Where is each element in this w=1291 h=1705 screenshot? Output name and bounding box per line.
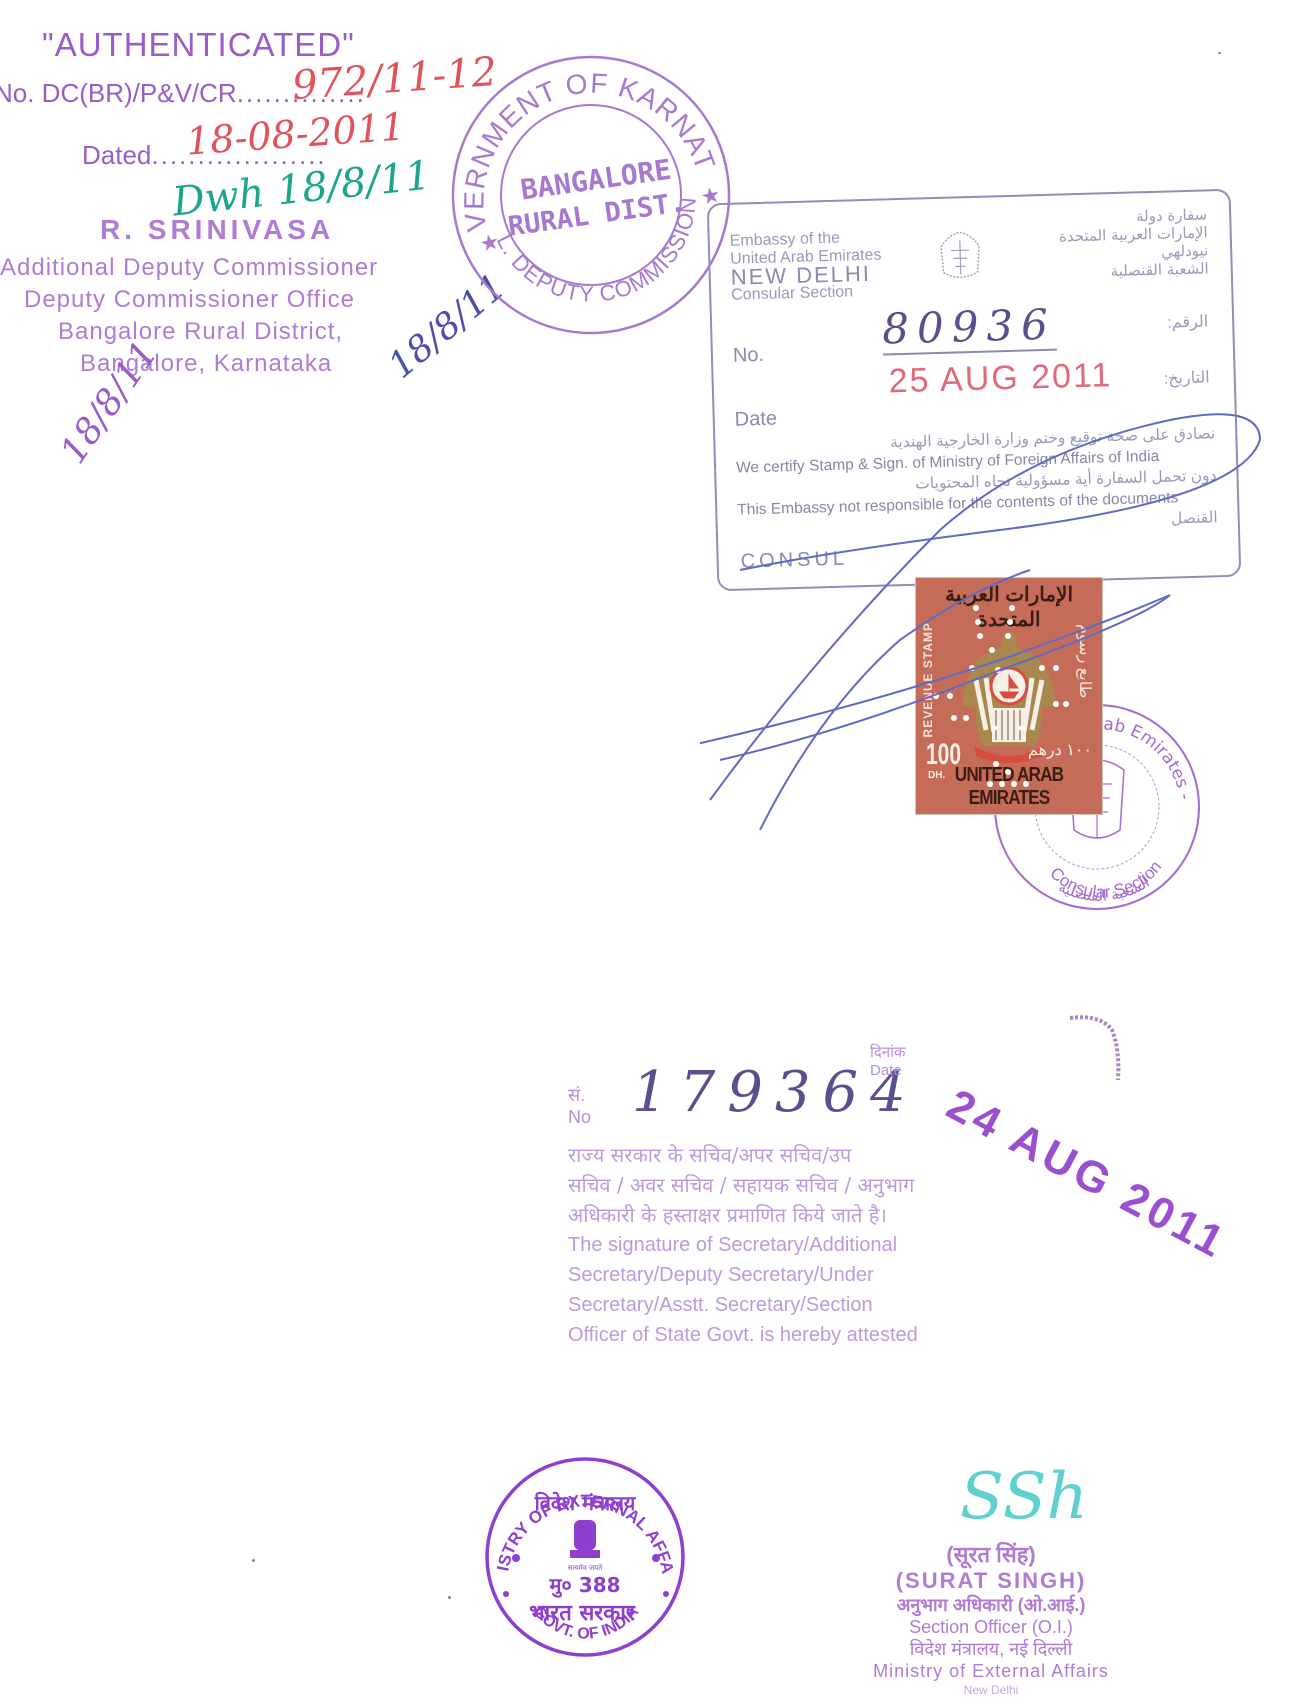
officer-title-en: Section Officer (O.I.) bbox=[826, 1616, 1156, 1638]
mea-seal-motto: सत्यमेव जयते bbox=[568, 1563, 603, 1572]
officer-ministry-en: Ministry of External Affairs bbox=[826, 1660, 1156, 1682]
authentication-date-label: Dated bbox=[82, 140, 151, 170]
mea-text-line-en: Secretary/Asstt. Secretary/Section bbox=[568, 1290, 1048, 1320]
mea-attestation-text: राज्य सरकार के सचिव/अपर सचिव/उप सचिव / अ… bbox=[568, 1140, 1048, 1350]
embassy-number-label: No. bbox=[733, 344, 765, 368]
officer-title-hi: अनुभाग अधिकारी (ओ.आई.) bbox=[826, 1594, 1156, 1616]
mea-number-label-hi: सं. bbox=[568, 1084, 591, 1106]
scan-speck bbox=[448, 1596, 451, 1599]
embassy-number-label-ar: الرقم: bbox=[1167, 311, 1208, 332]
mea-number-label-en: No bbox=[568, 1106, 591, 1128]
karnataka-round-seal: GOVERNMENT OF KARNATAKA ADL. DEPUTY COMM… bbox=[448, 52, 734, 338]
mea-date-label-hi: दिनांक bbox=[870, 1044, 906, 1062]
section-officer-signature: SSh bbox=[960, 1460, 1088, 1534]
scan-speck bbox=[252, 1559, 255, 1562]
officer-district-line: Bangalore Rural District, bbox=[58, 318, 343, 346]
officer-ministry-hi: विदेश मंत्रालय, नई दिल्ली bbox=[826, 1638, 1156, 1660]
officer-name-hi: (सूरत सिंह) bbox=[826, 1542, 1156, 1568]
mea-text-line-hi: राज्य सरकार के सचिव/अपर सचिव/उप bbox=[568, 1140, 1048, 1170]
mea-text-line-en: The signature of Secretary/Additional bbox=[568, 1230, 1048, 1260]
perforation-holes bbox=[916, 578, 1102, 814]
embassy-arabic-header: سفارة دولة الإمارات العربية المتحدة نيود… bbox=[1058, 205, 1209, 281]
mea-seal-inner-hi: विदेश मंत्रालय bbox=[534, 1491, 637, 1515]
mea-text-line-hi: सचिव / अवर सचिव / सहायक सचिव / अनुभाग bbox=[568, 1170, 1048, 1200]
embassy-english-header: Embassy of the United Arab Emirates NEW … bbox=[730, 229, 883, 305]
officer-designation-line: Additional Deputy Commissioner bbox=[0, 254, 378, 282]
embassy-number-value: 80936 bbox=[882, 300, 1057, 356]
embassy-date-label-ar: التاريخ: bbox=[1163, 367, 1210, 388]
section-officer-block: (सूरत सिंह) (SURAT SINGH) अनुभाग अधिकारी… bbox=[826, 1542, 1156, 1698]
embassy-date-value: 25 AUG 2011 bbox=[888, 356, 1113, 401]
scan-speck bbox=[1218, 52, 1221, 54]
authentication-number-label: No. DC(BR)/P&V/CR bbox=[0, 78, 237, 108]
mea-seal-code: मु० 388 bbox=[548, 1573, 620, 1598]
mea-text-line-en: Secretary/Deputy Secretary/Under bbox=[568, 1260, 1048, 1290]
star-icon: ★ bbox=[477, 228, 502, 257]
officer-office-line: Deputy Commissioner Office bbox=[24, 286, 355, 314]
mea-round-seal: MINISTRY OF EXTERNAL AFFAIRS विदेश मंत्र… bbox=[482, 1454, 688, 1660]
authenticated-heading: "AUTHENTICATED" bbox=[42, 26, 355, 64]
embassy-city: NEW DELHI bbox=[731, 265, 883, 287]
embassy-ar-line: الشعبة القنصلية bbox=[1060, 259, 1209, 281]
uae-falcon-emblem-icon bbox=[934, 228, 986, 285]
consul-label: CONSUL bbox=[740, 548, 848, 574]
uae-embassy-stamp: Embassy of the United Arab Emirates NEW … bbox=[707, 189, 1242, 591]
stamp-smudge bbox=[1060, 1010, 1130, 1100]
officer-name: R. SRINIVASA bbox=[100, 214, 334, 246]
uae-revenue-stamp: الإمارات العربية المتحدة REVENUE STAMP ط… bbox=[916, 578, 1102, 814]
embassy-certification-text: نصادق على صحة توقيع وختم وزارة الخارجية … bbox=[735, 423, 1218, 541]
mea-date-label: दिनांक Date bbox=[870, 1044, 906, 1080]
ashoka-emblem-icon bbox=[570, 1520, 600, 1558]
mea-number-label: सं. No bbox=[568, 1084, 591, 1128]
officer-place: New Delhi bbox=[826, 1682, 1156, 1698]
mea-date-label-en: Date bbox=[870, 1062, 906, 1080]
officer-name-en: (SURAT SINGH) bbox=[826, 1568, 1156, 1594]
mea-text-line-hi: अधिकारी के हस्ताक्षर प्रमाणित किये जाते … bbox=[568, 1200, 1048, 1230]
mea-text-line-en: Officer of State Govt. is hereby atteste… bbox=[568, 1320, 1048, 1350]
embassy-date-label: Date bbox=[734, 408, 777, 432]
authentication-date-handwritten: 18-08-2011 bbox=[185, 104, 407, 163]
